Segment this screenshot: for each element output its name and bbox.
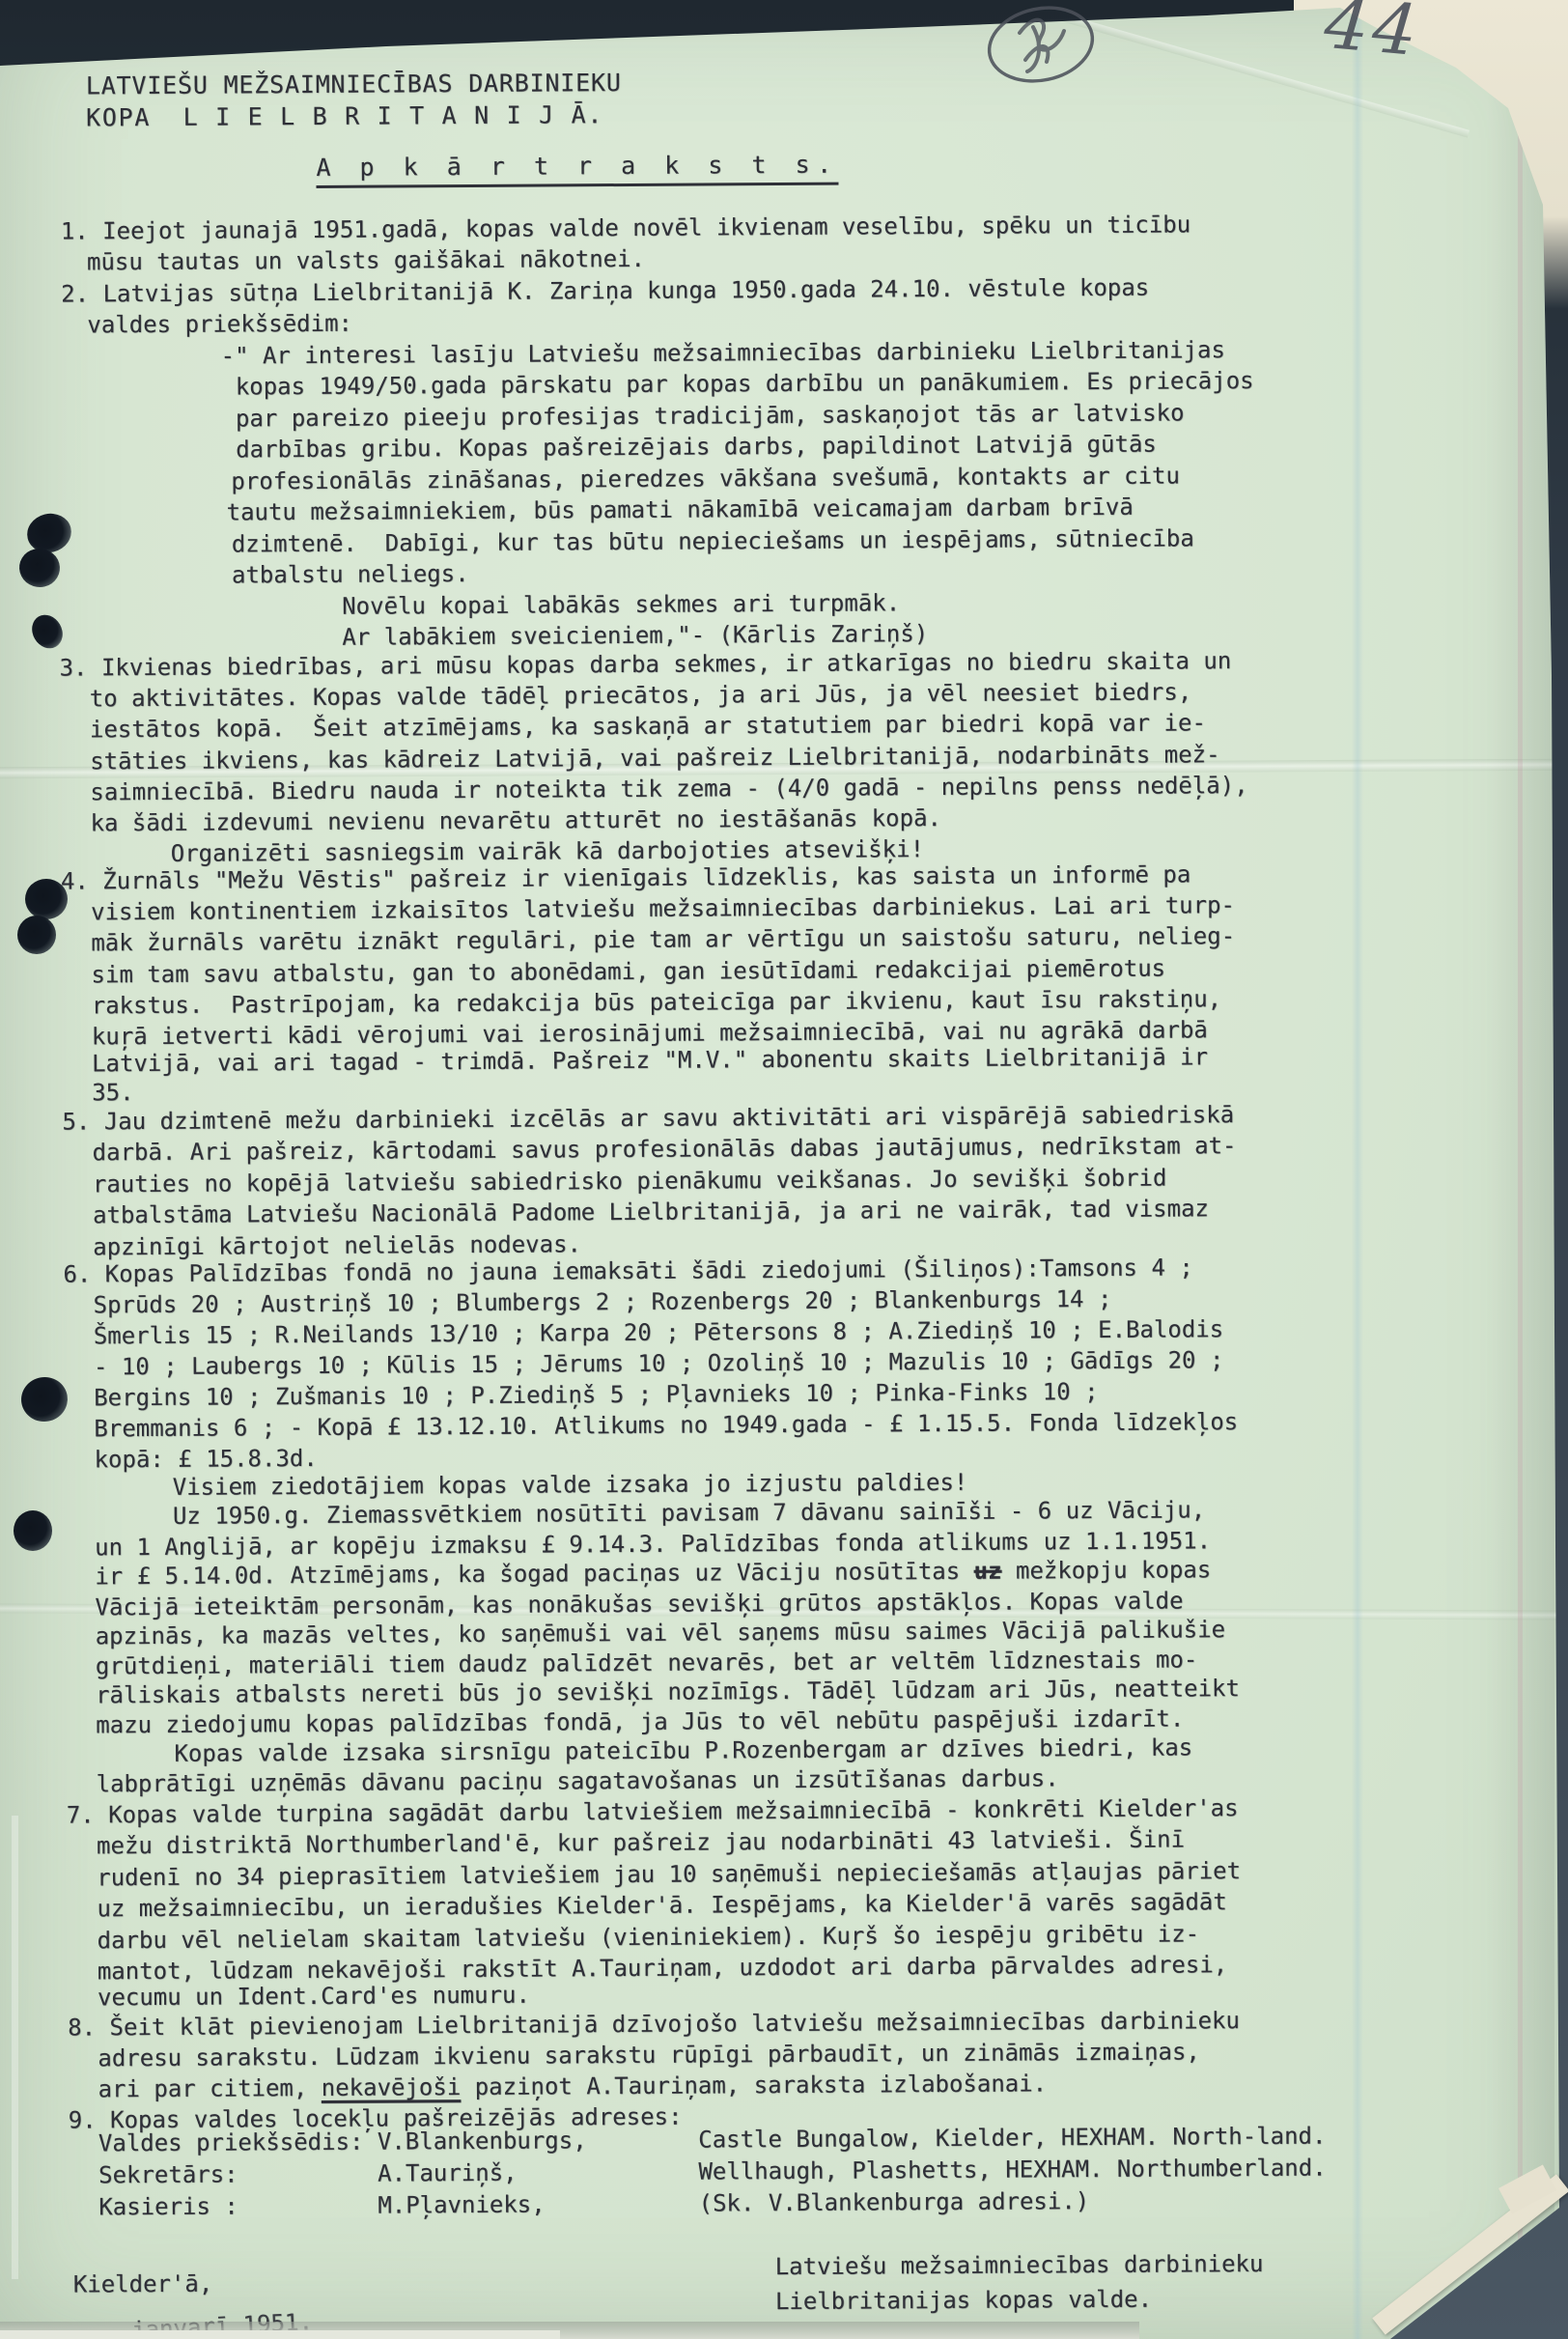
text-line: rakstus. Pastrīpojam, ka redakcija būs p… bbox=[92, 984, 1222, 1020]
text-line: Novēlu kopai labākās sekmes ari turpmāk. bbox=[342, 588, 900, 621]
text-line: mantot, lūdzam nekavējoši rakstīt A.Taur… bbox=[98, 1950, 1228, 1986]
text-line: vecumu un Ident.Card'es numuru. bbox=[98, 1981, 530, 2013]
ink-blot bbox=[14, 1510, 52, 1551]
text-line: stāties ikviens, kas kādreiz Latvijā, va… bbox=[90, 740, 1220, 775]
text-line: -" Ar interesi lasīju Latviešu mežsaimni… bbox=[220, 335, 1225, 370]
text-line: mūsu tautas un valsts gaišākai nākotnei. bbox=[87, 244, 645, 277]
text-line: Uz 1950.g. Ziemassvētkiem nosūtīti pavis… bbox=[173, 1495, 1205, 1531]
text-line: 4. Žurnāls "Mežu Vēstis" pašreiz ir vien… bbox=[61, 860, 1191, 895]
footer-signature-line2: Lielbritanijas kopas valde. bbox=[775, 2285, 1152, 2316]
ink-blot bbox=[25, 879, 68, 919]
text-line: labprātīgi uzņēmās dāvanu paciņu sagatav… bbox=[97, 1763, 1059, 1798]
text-line: ari par citiem, nekavējoši paziņot A.Tau… bbox=[98, 2069, 1047, 2103]
text-line: 35. bbox=[92, 1078, 134, 1107]
scan-bottom-highlight bbox=[0, 2330, 560, 2339]
text-line: 3. Ikvienas biedrības, ari mūsu kopas da… bbox=[59, 646, 1231, 682]
text-line: atbalstu neliegs. bbox=[232, 559, 469, 589]
text-line: saimniecībā. Biedru nauda ir noteikta ti… bbox=[90, 771, 1247, 806]
text-line: kopā: £ 15.8.3d. bbox=[94, 1444, 317, 1474]
text-line: darbā. Ari pašreiz, kārtodami savus prof… bbox=[93, 1131, 1237, 1167]
text-line: Šmerlis 15 ; R.Neilands 13/10 ; Karpa 20… bbox=[94, 1314, 1224, 1350]
address-row: Kasieris : M.Pļavnieks, (Sk. V.Blankenbu… bbox=[98, 2186, 1089, 2221]
text-line: 7. Kopas valde turpina sagādāt darbu lat… bbox=[67, 1793, 1239, 1829]
text-line: Latvijā, vai ari tagad - trimdā. Pašreiz… bbox=[92, 1042, 1208, 1078]
document-title: A p k ā r t r a k s t s. bbox=[316, 151, 838, 188]
org-name-line1: LATVIEŠU MEŽSAIMNIECĪBAS DARBINIEKU bbox=[86, 69, 622, 100]
text-line: Ar labākiem sveicieniem,"- (Kārlis Zariņ… bbox=[342, 619, 928, 652]
handwritten-page-number: 44 bbox=[1322, 0, 1425, 71]
text-line: Bremmanis 6 ; - Kopā £ 13.12.10. Atlikum… bbox=[94, 1407, 1238, 1443]
text-line: profesionālās zināšanas, pieredzes vākša… bbox=[231, 461, 1180, 495]
text-line: uz mežsaimniecību, un ieradušies Kielder… bbox=[97, 1887, 1227, 1923]
ink-blot bbox=[17, 916, 56, 954]
footer-signature-line1: Latviešu mežsaimniecības darbinieku bbox=[775, 2249, 1264, 2281]
text-line: par pareizo pieeju profesijas tradicijām… bbox=[236, 398, 1185, 433]
text-line: rudenī no 34 pieprasītiem latviešiem jau… bbox=[97, 1856, 1241, 1892]
address-row: Valdes priekšsēdis: V.Blankenburgs, Cast… bbox=[98, 2122, 1327, 2158]
text-line: to aktivitātes. Kopas valde tādēļ priecā… bbox=[90, 677, 1192, 713]
text-layer: LATVIEŠU MEŽSAIMNIECĪBAS DARBINIEKUKOPA … bbox=[0, 0, 1568, 2339]
text-line: kopas 1949/50.gada pārskatu par kopas da… bbox=[236, 366, 1254, 401]
text-line: 1. Ieejot jaunajā 1951.gadā, kopas valde… bbox=[61, 210, 1191, 245]
text-line: ir £ 5.14.0d. Atzīmējams, ka šogad paciņ… bbox=[95, 1555, 1211, 1591]
text-line: dzimtenē. Dabīgi, kur tas būtu nepiecieš… bbox=[232, 523, 1194, 558]
text-line: māk žurnāls varētu iznākt regulāri, pie … bbox=[91, 921, 1235, 957]
text-line: adresu sarakstu. Lūdzam ikvienu sarakstu… bbox=[98, 2037, 1200, 2072]
text-line: valdes priekšsēdim: bbox=[87, 309, 352, 340]
text-line: 2. Latvijas sūtņa Lielbritanijā K. Zariņ… bbox=[61, 273, 1149, 309]
text-line: ka šādi izdevumi nevienu nevarētu atturē… bbox=[90, 803, 941, 837]
text-line: iestātos kopā. Šeit atzīmējams, ka saska… bbox=[90, 708, 1206, 744]
text-line: atbalstāma Latviešu Nacionālā Padome Lie… bbox=[93, 1194, 1209, 1229]
address-row: Sekretārs: A.Tauriņš, Wellhaugh, Plashet… bbox=[98, 2154, 1327, 2190]
scanned-document-page: { "page": { "type": "scanned typewritten… bbox=[0, 0, 1568, 2339]
text-line: - 10 ; Laubergs 10 ; Kūlis 15 ; Jērums 1… bbox=[94, 1345, 1224, 1381]
text-line: 8. Šeit klāt pievienojam Lielbritanijā d… bbox=[68, 2006, 1240, 2042]
text-line: visiem kontinentiem izkaisītos latviešu … bbox=[91, 890, 1235, 926]
text-line: tautu mežsaimniekiem, būs pamati nākamīb… bbox=[226, 493, 1133, 527]
circled-scribble-annotation bbox=[977, 0, 1112, 93]
text-line: 5. Jau dzimtenē mežu darbinieki izcēlās … bbox=[62, 1100, 1234, 1136]
text-line: darbības gribu. Kopas pašreizējais darbs… bbox=[236, 430, 1157, 465]
text-line: rauties no kopējā latviešu sabiedrisko p… bbox=[93, 1164, 1167, 1199]
org-name-line2: KOPA L I E L B R I T A N I J Ā. bbox=[86, 100, 603, 132]
footer-place: Kielder'ā, bbox=[73, 2269, 213, 2299]
text-line: Sprūds 20 ; Austriņš 10 ; Blumbergs 2 ; … bbox=[93, 1284, 1111, 1319]
text-line: Bergins 10 ; Zušmanis 10 ; P.Ziediņš 5 ;… bbox=[94, 1377, 1099, 1412]
text-line: darbu vēl nelielam skaitam latviešu (vie… bbox=[98, 1919, 1200, 1955]
text-line: sim tam savu atbalstu, gan to abonēdami,… bbox=[91, 954, 1165, 990]
text-line: mežu distriktā Northumberland'ē, kur paš… bbox=[97, 1824, 1185, 1860]
text-line: 6. Kopas Palīdzības fondā no jauna iemak… bbox=[63, 1253, 1193, 1288]
